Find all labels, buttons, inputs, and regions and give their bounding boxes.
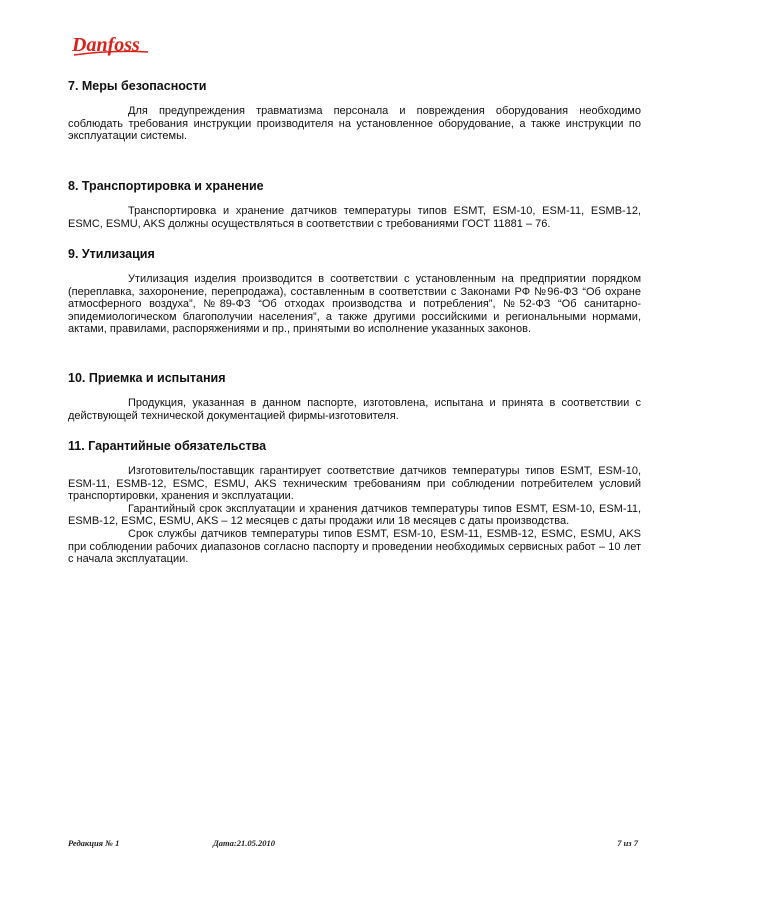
section-title: 10. Приемка и испытания	[68, 370, 641, 386]
section-title: 11. Гарантийные обязательства	[68, 438, 641, 454]
section-warranty: 11. Гарантийные обязательства Изготовите…	[68, 438, 641, 566]
danfoss-logo: Danfoss	[70, 30, 150, 60]
revision-label: Редакция № 1	[68, 838, 119, 848]
paragraph: Для предупреждения травматизма персонала…	[68, 105, 641, 143]
section-safety: 7. Меры безопасности Для предупреждения …	[68, 78, 641, 143]
paragraph: Изготовитель/поставщик гарантирует соотв…	[68, 465, 641, 503]
paragraph: Транспортировка и хранение датчиков темп…	[68, 205, 641, 230]
section-transport: 8. Транспортировка и хранение Транспорти…	[68, 178, 641, 230]
paragraph: Продукция, указанная в данном паспорте, …	[68, 397, 641, 422]
paragraph: Гарантийный срок эксплуатации и хранения…	[68, 503, 641, 528]
section-title: 7. Меры безопасности	[68, 78, 641, 94]
paragraph: Срок службы датчиков температуры типов E…	[68, 528, 641, 566]
section-disposal: 9. Утилизация Утилизация изделия произво…	[68, 246, 641, 336]
section-acceptance: 10. Приемка и испытания Продукция, указа…	[68, 370, 641, 422]
section-title: 8. Транспортировка и хранение	[68, 178, 641, 194]
section-title: 9. Утилизация	[68, 246, 641, 262]
date-label: Дата:21.05.2010	[213, 838, 275, 848]
page-number: 7 из 7	[617, 838, 638, 848]
paragraph: Утилизация изделия производится в соотве…	[68, 273, 641, 336]
